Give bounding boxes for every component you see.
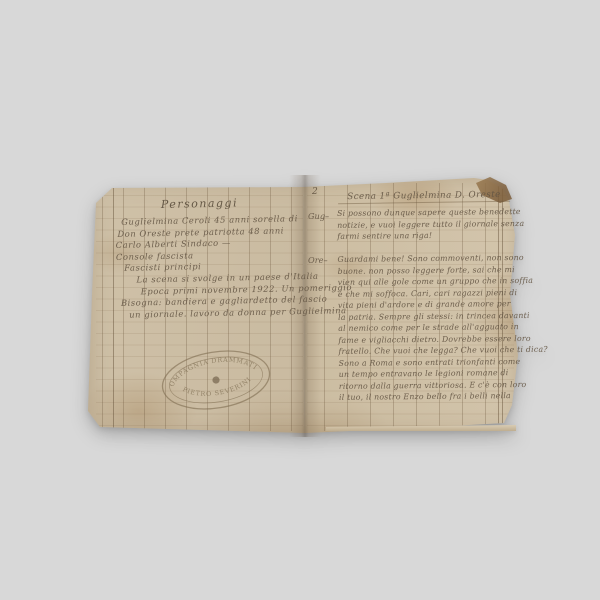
open-manuscript: Personaggi Guglielmina Ceroli 45 anni so… <box>86 175 524 437</box>
manuscript-line: il tuo, il nostro Enzo bello fra i belli… <box>339 390 513 403</box>
stamp-center-dot <box>212 376 220 384</box>
margin-rule <box>113 183 114 429</box>
photo-background: Personaggi Guglielmina Ceroli 45 anni so… <box>0 0 600 600</box>
right-page-text: Si possono dunque sapere queste benedett… <box>337 206 513 403</box>
left-page-text: Personaggi Guglielmina Ceroli 45 anni so… <box>115 195 304 321</box>
scene-heading: Scena 1ª Guglielmina D. Oreste <box>338 190 510 204</box>
speaker-label-oreste: Ore– <box>308 255 328 265</box>
speaker-label-guglielmina: Gug– <box>308 211 329 221</box>
manuscript-line: notizie, e vuoi leggere tutto il giornal… <box>337 218 511 231</box>
page-title: Personaggi <box>161 195 301 211</box>
page-number: 2 <box>312 187 318 197</box>
